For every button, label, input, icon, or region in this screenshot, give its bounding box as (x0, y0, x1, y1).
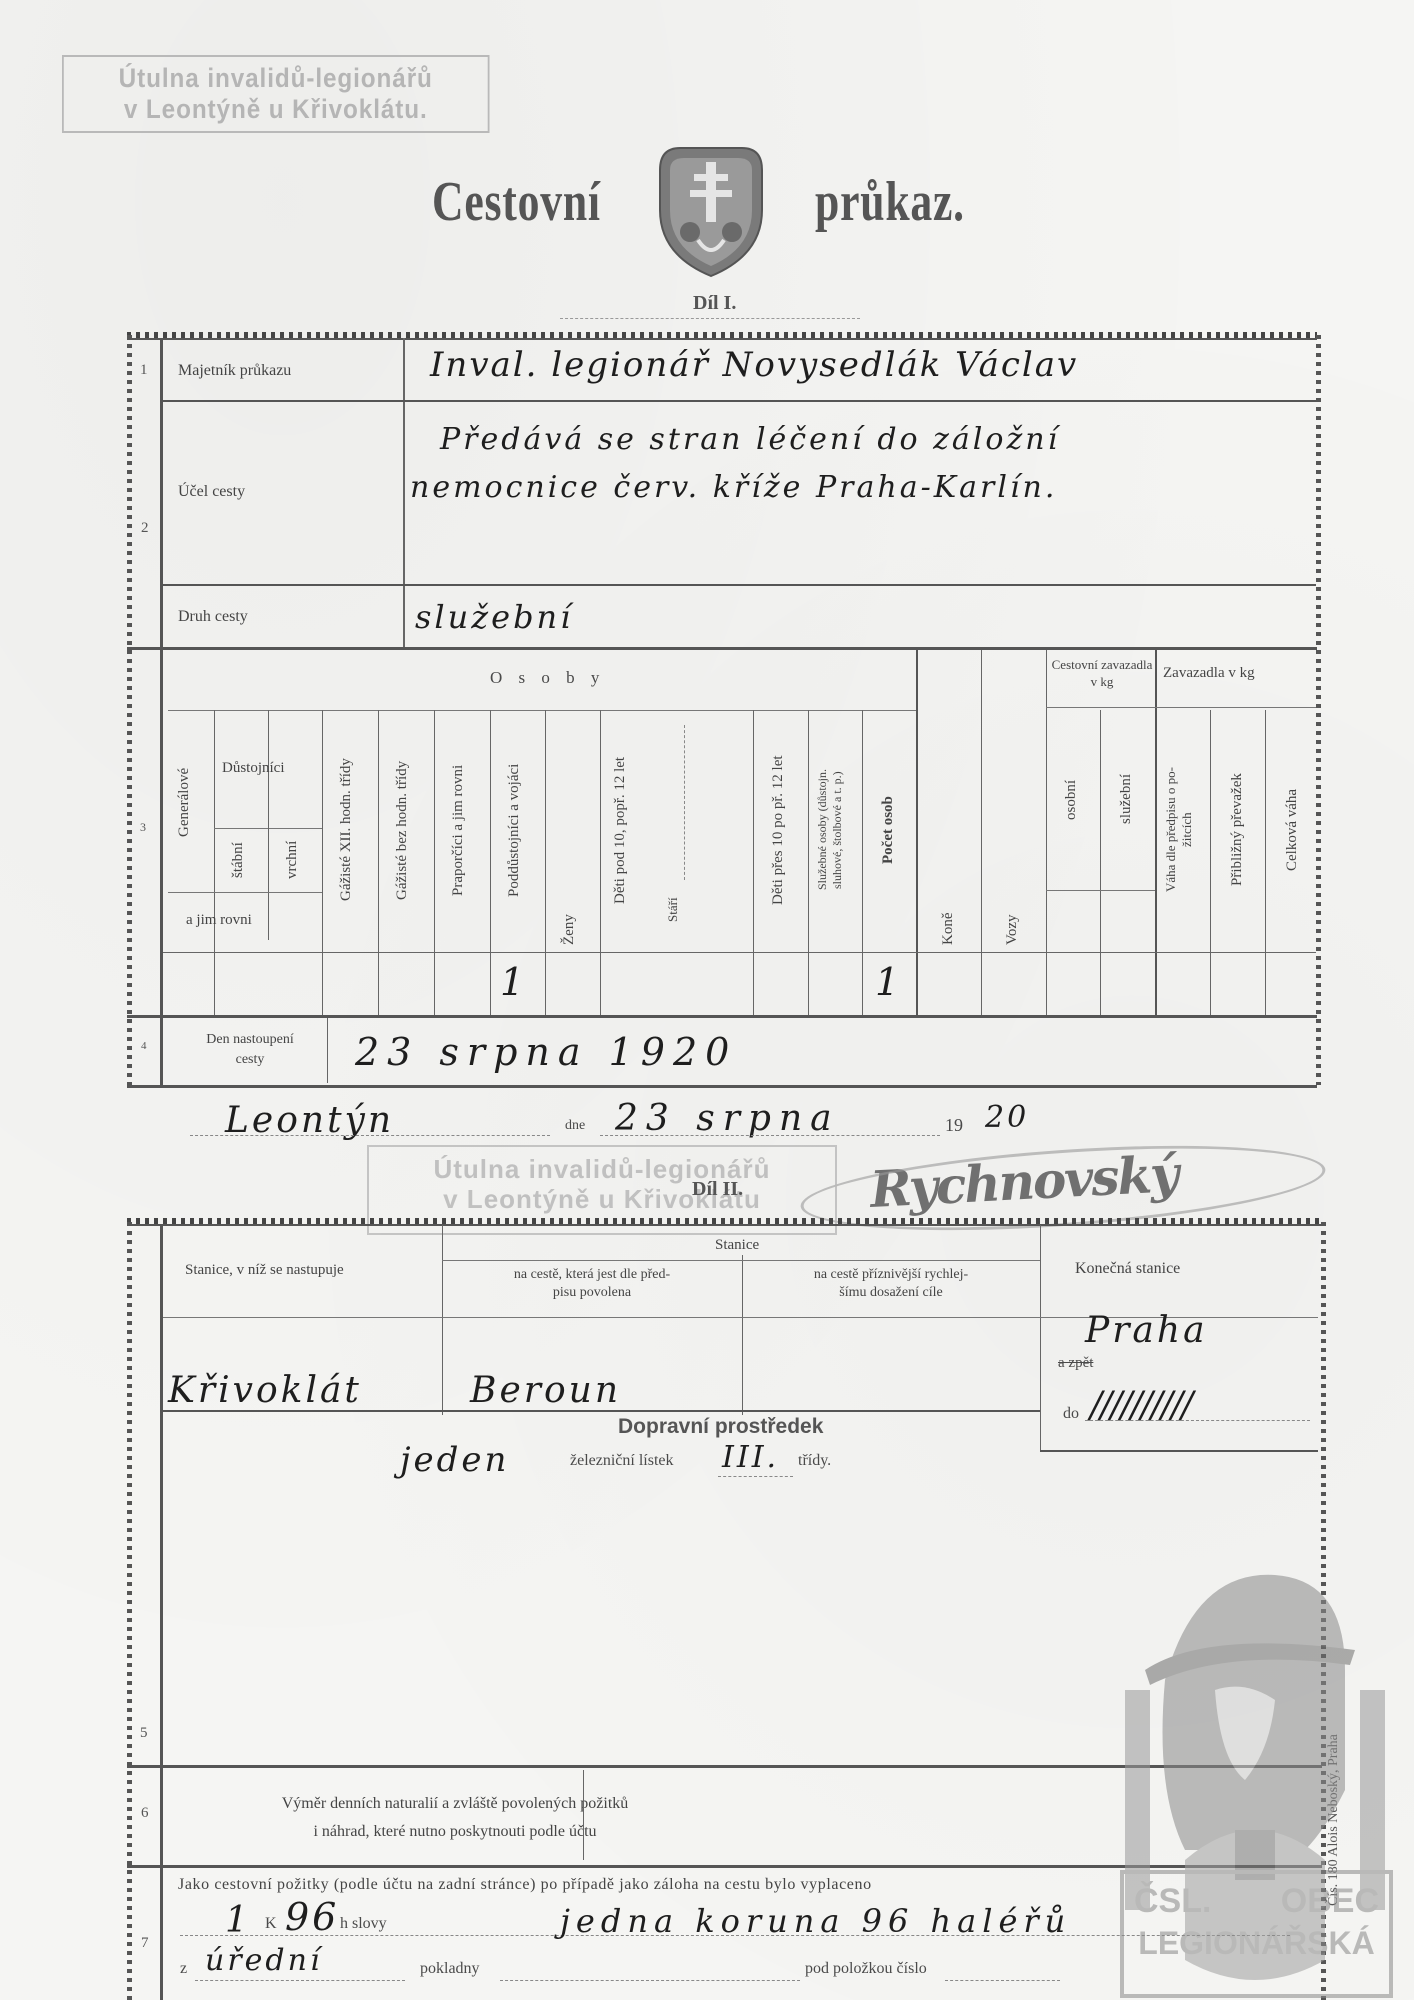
departure-date-label-line1: Den nastoupení (170, 1030, 330, 1050)
osoby-header: O s o b y (490, 668, 605, 688)
col-generalove: Generálové (176, 715, 193, 890)
h-slovy-label: h slovy (340, 1915, 387, 1933)
part2-label: Díl II. (692, 1178, 743, 1201)
col-zavazadla: Zavazadla v kg (1163, 665, 1255, 682)
col-vozy: Vozy (1004, 715, 1021, 945)
row-number-6: 6 (141, 1805, 149, 1822)
col-deti-pod: Děti pod 10, popř. 12 let (612, 715, 629, 945)
k-label: K (265, 1915, 277, 1933)
col-gaziste-bez: Gážisté bez hodn. třídy (394, 715, 411, 945)
purpose-label: Účel cesty (178, 483, 245, 501)
payout-halere: 96 (285, 1895, 339, 1939)
departure-date-label-line2: cesty (170, 1050, 330, 1070)
row6-label-line2: i náhrad, které nutno poskytnouti podle … (165, 1818, 745, 1846)
z-label: z (180, 1960, 187, 1978)
col-poddustojnici: Poddůstojníci a vojáci (506, 715, 523, 945)
row-number-2: 2 (141, 520, 149, 537)
transport-count: jeden (400, 1440, 509, 1480)
trip-type-value: služební (415, 598, 573, 636)
document-page: Útulna invalidů-legionářů v Leontýně u K… (0, 0, 1414, 2000)
stamp-line-1: Útulna invalidů-legionářů (64, 63, 488, 94)
watermark-text-box: ČSL. OBEC LEGIONÁŘSKÁ (1120, 1870, 1393, 1998)
col-sluzebne-line1: Služebné osoby (důstojn. (815, 770, 829, 891)
col-vrchni: vrchní (284, 830, 301, 890)
value-poddustojnici: 1 (500, 960, 527, 1004)
pokladny-label: pokladny (420, 1960, 480, 1978)
year-suffix: 20 (985, 1100, 1029, 1135)
signature-flourish-icon (798, 1132, 1328, 1245)
col-pocet-osob: Počet osob (880, 715, 897, 945)
legion-watermark-logo: ČSL. OBEC LEGIONÁŘSKÁ (1105, 1530, 1405, 2000)
row-number-4: 4 (141, 1040, 147, 1052)
ticket-class-suffix: třídy. (798, 1452, 831, 1470)
col-prevazek: Přibližný převažek (1229, 715, 1246, 945)
header-allowed-route-line1: na cestě, která jest dle před- (442, 1266, 742, 1284)
allowed-route-value: Beroun (470, 1370, 621, 1411)
stamp-mid-line-2: v Leontýně u Křivoklátu (369, 1185, 835, 1215)
institution-stamp-top: Útulna invalidů-legionářů v Leontýně u K… (62, 55, 490, 133)
col-kone: Koně (940, 715, 957, 945)
col-osobni: osobní (1063, 712, 1080, 887)
col-vaha-line2: žitcích (1179, 813, 1194, 848)
owner-label: Majetník průkazu (178, 362, 291, 380)
departure-date-label: Den nastoupení cesty (170, 1030, 330, 1070)
row-number-5: 5 (140, 1725, 148, 1742)
col-vaha: Váha dle předpisu o po- žitcích (1163, 715, 1195, 945)
header-allowed-route-line2: pisu povolena (442, 1284, 742, 1302)
ticket-class-value: III. (722, 1440, 779, 1475)
header-faster-route: na cestě příznivější rychlej- šímu dosaž… (742, 1266, 1040, 1302)
value-pocet-osob: 1 (875, 960, 902, 1004)
trip-type-label: Druh cesty (178, 608, 248, 626)
row7-intro: Jako cestovní požitky (podle účtu na zad… (178, 1876, 872, 1894)
header-stanice: Stanice (715, 1237, 759, 1254)
row-number-7: 7 (141, 1935, 149, 1952)
col-gaziste-xii: Gážisté XII. hodn. třídy (338, 715, 355, 945)
transport-header: Dopravní prostředek (618, 1415, 823, 1439)
crest-icon (650, 140, 772, 280)
purpose-value-line1: Předává se stran léčení do záložní (440, 422, 1060, 457)
watermark-line3: LEGIONÁŘSKÁ (1124, 1925, 1389, 1962)
col-stari: Stáří (665, 880, 681, 940)
return-label: a zpět (1058, 1355, 1093, 1372)
cashier-value: úřední (205, 1943, 323, 1978)
watermark-line1: ČSL. (1134, 1882, 1211, 1921)
col-sluzebni: služební (1118, 712, 1135, 887)
col-celkova-vaha: Celková váha (1284, 715, 1301, 945)
col-sluzebne-line2: sluhové, štolbové a t. p.) (830, 771, 844, 889)
owner-value: Inval. legionář Novysedlák Václav (430, 345, 1078, 385)
col-praporcici: Praporčíci a jim rovni (450, 715, 467, 945)
header-allowed-route: na cestě, která jest dle před- pisu povo… (442, 1266, 742, 1302)
dne-label: dne (565, 1118, 585, 1134)
header-final-station: Konečná stanice (1075, 1260, 1180, 1278)
year-prefix: 19 (945, 1115, 963, 1136)
title-left: Cestovní (432, 170, 601, 234)
col-cestovni-zavazadla: Cestovní zavazadla v kg (1050, 656, 1154, 690)
final-station-value: Praha (1085, 1310, 1208, 1351)
do-label: do (1063, 1405, 1079, 1423)
boarding-station-value: Křivoklát (168, 1370, 362, 1411)
col-sluzebne: Služebné osoby (důstojn. sluhové, štolbo… (815, 715, 845, 945)
col-deti-pres: Děti přes 10 po př. 12 let (770, 715, 787, 945)
header-boarding-station: Stanice, v níž se nastupuje (185, 1262, 344, 1279)
stamp-mid-line-1: Útulna invalidů-legionářů (369, 1155, 835, 1185)
row-number-3: 3 (140, 820, 146, 835)
row-number-1: 1 (140, 362, 148, 379)
col-a-jim-rovni: a jim rovni (186, 912, 252, 929)
header-faster-route-line2: šímu dosažení cíle (742, 1284, 1040, 1302)
title-right: průkaz. (815, 170, 965, 234)
departure-date-value: 23 srpna 1920 (355, 1030, 737, 1074)
col-stabni: štábní (230, 830, 247, 890)
row6-label: Výměr denních naturalií a zvláště povole… (165, 1790, 745, 1846)
date-day-month: 23 srpna (615, 1098, 840, 1139)
header-faster-route-line1: na cestě příznivější rychlej- (742, 1266, 1040, 1284)
part1-label: Díl I. (693, 292, 736, 315)
purpose-value-line2: nemocnice červ. kříže Praha-Karlín. (410, 470, 1057, 505)
payout-koruny: 1 (225, 1900, 251, 1941)
ticket-label: železniční lístek (570, 1452, 674, 1470)
col-vaha-line1: Váha dle předpisu o po- (1163, 768, 1178, 893)
payout-words: jedna koruna 96 haléřů (560, 1902, 1071, 1940)
col-zeny: Ženy (561, 715, 578, 945)
col-dustojnici: Důstojníci (222, 760, 285, 777)
polozka-label: pod položkou číslo (805, 1960, 927, 1978)
watermark-line2: OBEC (1281, 1882, 1379, 1921)
stamp-line-2: v Leontýně u Křivoklátu. (64, 94, 488, 125)
row6-label-line1: Výměr denních naturalií a zvláště povole… (165, 1790, 745, 1818)
